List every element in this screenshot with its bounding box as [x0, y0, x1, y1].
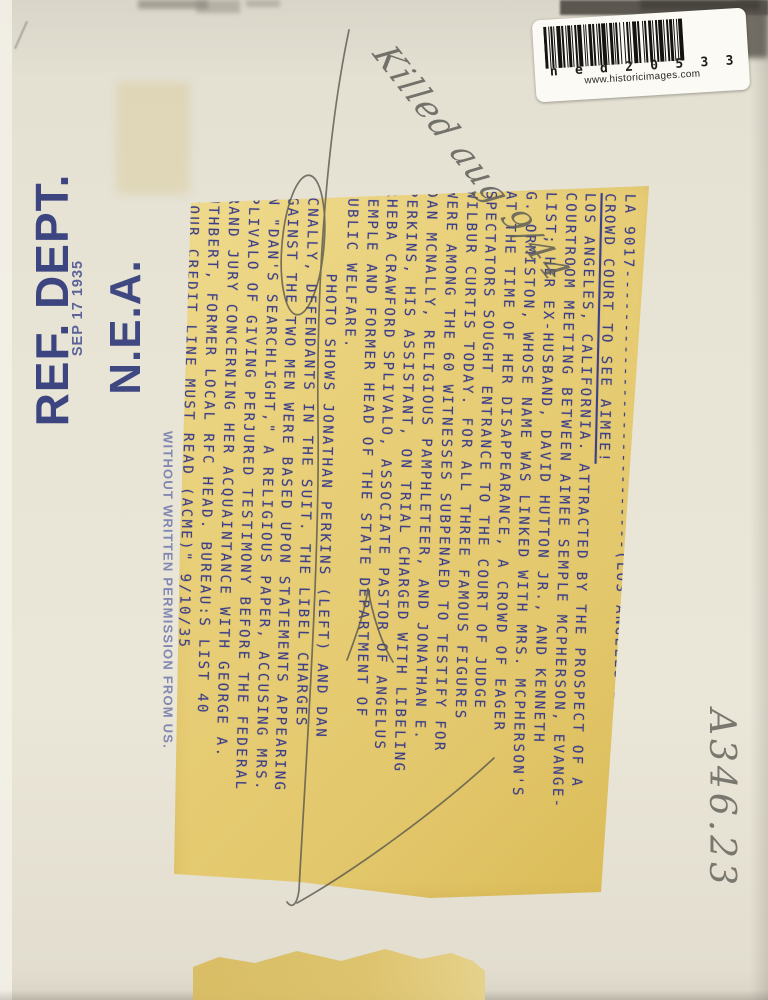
- nea-stamp: N.E.A.: [94, 247, 158, 407]
- file-number-handwriting: A346.23: [691, 684, 751, 914]
- top-edge-smudge: [246, 0, 280, 7]
- top-edge-smudge: [196, 0, 240, 13]
- press-photo-back: REF. DEPT. N.E.A. SEP 17 1935 NOT TO BE …: [0, 0, 768, 1000]
- typed-caption-sheet: LA 9017--------------------------(LOS AN…: [170, 180, 656, 902]
- scan-edge-left: [0, 0, 12, 1000]
- barcode-sticker: ned20533 www.historicimages.com: [532, 8, 751, 103]
- advertising-restriction-stamp-line2: WITHOUT WRITTEN PERMISSION FROM US.: [159, 383, 177, 798]
- date-stamp: SEP 17 1935: [67, 258, 89, 358]
- scan-edge-right: [750, 0, 768, 1000]
- glue-stain: [116, 82, 190, 194]
